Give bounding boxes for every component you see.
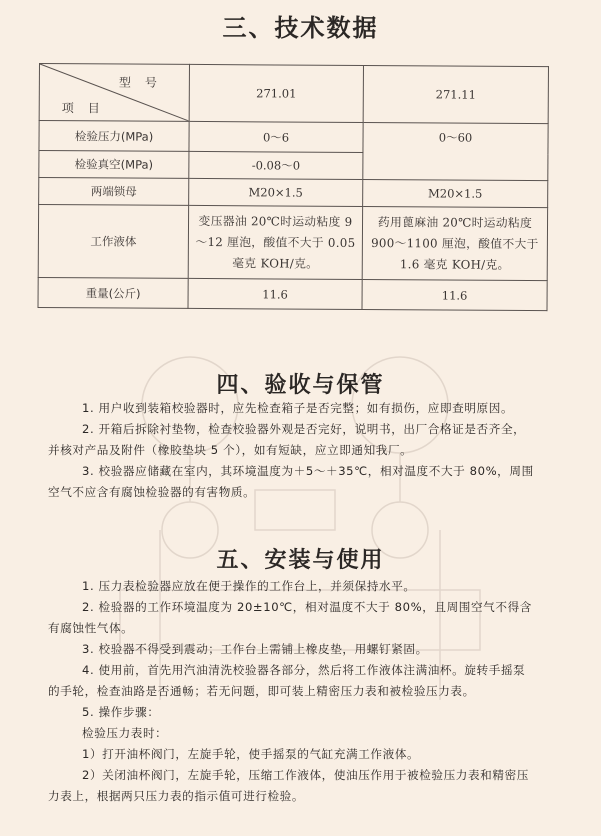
section-title-acceptance-storage: 四、验收与保管 — [0, 368, 601, 399]
model-header-2: 271.11 — [363, 65, 548, 123]
cell-value-multiline: 药用蓖麻油 20℃时运动粘度 900～1100 厘泡，酸值不大于 1.6 毫克 … — [362, 206, 547, 280]
paragraph-line: 1）打开油杯阀门，左旋手轮，使手摇泵的气缸充满工作液体。 — [44, 744, 564, 765]
paragraph-line: 检验压力表时： — [44, 723, 564, 744]
paragraph-line: 有腐蚀性气体。 — [44, 618, 564, 639]
row-label: 检验压力(MPa) — [39, 121, 189, 152]
table-row: 检验压力(MPa) 0～6 0～60 — [39, 121, 548, 154]
table-header-row: 型号 项目 271.01 271.11 — [39, 64, 548, 124]
technical-data-table: 型号 项目 271.01 271.11 检验压力(MPa) 0～6 0～60 检… — [38, 63, 549, 311]
cell-value: 11.6 — [362, 279, 547, 310]
section-title-technical-data: 三、技术数据 — [0, 8, 601, 43]
section-title-installation-use: 五、安装与使用 — [0, 543, 601, 574]
cell-value: -0.08～0 — [189, 151, 363, 179]
paragraph-line: 3. 校验器应储藏在室内，其环境温度为＋5～＋35℃，相对温度不大于 80%，周… — [44, 461, 564, 482]
cell-value: M20×1.5 — [363, 179, 548, 207]
cell-value-multiline: 变压器油 20℃时运动粘度 9 ～12 厘泡，酸值不大于 0.05 毫克 KOH… — [188, 205, 362, 279]
cell-line: 900～1100 厘泡，酸值不大于 — [367, 233, 543, 255]
row-label: 重量(公斤) — [38, 277, 188, 308]
paragraph-line: 1. 压力表检验器应放在便于操作的工作台上，并须保持水平。 — [44, 576, 564, 597]
model-header-1: 271.01 — [189, 64, 363, 122]
acceptance-storage-text: 1. 用户收到装箱校验器时，应先检查箱子是否完整；如有损伤，应即查明原因。 2.… — [44, 398, 564, 503]
paragraph-line: 4. 使用前，首先用汽油清洗校验器各部分，然后将工作液体注满油杯。旋转手摇泵 — [44, 660, 564, 681]
paragraph-line: 的手轮，检查油路是否通畅；若无问题，即可装上精密压力表和被检验压力表。 — [44, 681, 564, 702]
table-corner-header: 型号 项目 — [39, 64, 189, 122]
paragraph-line: 2. 开箱后拆除衬垫物，检查校验器外观是否完好，说明书，出厂合格证是否齐全， — [44, 419, 564, 440]
row-label: 工作液体 — [38, 205, 188, 279]
cell-line: 药用蓖麻油 20℃时运动粘度 — [367, 212, 543, 234]
cell-value: 0～60 — [363, 122, 548, 180]
corner-model-label: 型号 — [119, 73, 171, 90]
table-row: 两端锁母 M20×1.5 M20×1.5 — [39, 178, 548, 208]
cell-value: M20×1.5 — [189, 178, 363, 206]
paragraph-line: 2. 检验器的工作环境温度为 20±10℃，相对温度不大于 80%，且周围空气不… — [44, 597, 564, 618]
cell-line: 1.6 毫克 KOH/克。 — [367, 254, 543, 276]
paragraph-line: 3. 校验器不得受到震动；工作台上需铺上橡皮垫，用螺钉紧固。 — [44, 639, 564, 660]
paragraph-line: 空气不应含有腐蚀检验器的有害物质。 — [44, 482, 564, 503]
cell-value: 0～6 — [189, 121, 363, 152]
cell-line: 毫克 KOH/克。 — [193, 252, 358, 274]
corner-item-label: 项目 — [62, 99, 114, 116]
cell-line: 变压器油 20℃时运动粘度 9 — [193, 210, 358, 232]
row-label: 检验真空(MPa) — [39, 151, 189, 179]
table-row: 重量(公斤) 11.6 11.6 — [38, 277, 547, 310]
table-row: 工作液体 变压器油 20℃时运动粘度 9 ～12 厘泡，酸值不大于 0.05 毫… — [38, 205, 547, 281]
paragraph-line: 5. 操作步骤： — [44, 702, 564, 723]
installation-use-text: 1. 压力表检验器应放在便于操作的工作台上，并须保持水平。 2. 检验器的工作环… — [44, 576, 564, 807]
paragraph-line: 力表上，根据两只压力表的指示值可进行检验。 — [44, 786, 564, 807]
paragraph-line: 并核对产品及附件（橡胶垫块 5 个），如有短缺，应立即通知我厂。 — [44, 440, 564, 461]
cell-line: ～12 厘泡，酸值不大于 0.05 — [193, 231, 358, 253]
paragraph-line: 2）关闭油杯阀门，左旋手轮，压缩工作液体，使油压作用于被检验压力表和精密压 — [44, 765, 564, 786]
row-label: 两端锁母 — [39, 178, 189, 206]
document-page: 三、技术数据 型号 项目 271.01 271.11 检验压力(MPa) 0～6… — [0, 0, 601, 836]
cell-value: 11.6 — [188, 278, 362, 309]
paragraph-line: 1. 用户收到装箱校验器时，应先检查箱子是否完整；如有损伤，应即查明原因。 — [44, 398, 564, 419]
